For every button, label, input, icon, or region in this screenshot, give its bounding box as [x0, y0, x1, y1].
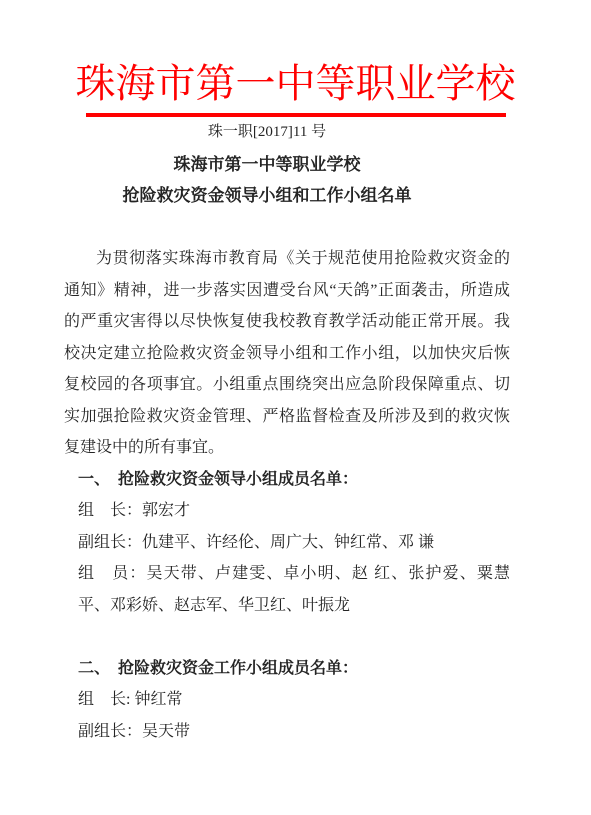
member-line: 副组长：仇建平、许经伦、周广大、钟红常、邓 谦 [78, 527, 510, 559]
section-lines: 组 长：郭宏才副组长：仇建平、许经伦、周广大、钟红常、邓 谦组 员：吴天带、卢建… [78, 495, 510, 621]
letterhead: 珠海市第一中等职业学校 [0, 64, 591, 117]
member-line: 组 长: 钟红常 [78, 684, 510, 716]
section-lines: 组 长: 钟红常副组长：吴天带 [78, 684, 510, 747]
member-line: 组 长：郭宏才 [78, 495, 510, 527]
document-content: 珠一职[2017]11 号 珠海市第一中等职业学校 抢险救灾资金领导小组和工作小… [0, 117, 591, 747]
member-line: 副组长：吴天带 [78, 716, 510, 748]
section-heading: 一、 抢险救灾资金领导小组成员名单： [78, 464, 510, 496]
member-section: 二、 抢险救灾资金工作小组成员名单： 组 长: 钟红常副组长：吴天带 [64, 653, 510, 748]
body-paragraph: 为贯彻落实珠海市教育局《关于规范使用抢险救灾资金的通知》精神，进一步落实因遭受台… [64, 243, 510, 464]
sections: 一、 抢险救灾资金领导小组成员名单： 组 长：郭宏才副组长：仇建平、许经伦、周广… [64, 464, 510, 748]
member-line: 组 员：吴天带、卢建雯、卓小明、赵 红、张护爱、粟慧平、邓彩娇、赵志军、华卫红、… [78, 558, 510, 621]
school-name-masthead: 珠海市第一中等职业学校 [0, 64, 591, 104]
section-heading: 二、 抢险救灾资金工作小组成员名单： [78, 653, 510, 685]
document-title-line2: 抢险救灾资金领导小组和工作小组名单 [44, 180, 490, 212]
document-page: 珠海市第一中等职业学校 珠一职[2017]11 号 珠海市第一中等职业学校 抢险… [0, 0, 591, 815]
document-title-line1: 珠海市第一中等职业学校 [44, 149, 490, 181]
member-section: 一、 抢险救灾资金领导小组成员名单： 组 长：郭宏才副组长：仇建平、许经伦、周广… [64, 464, 510, 622]
document-number: 珠一职[2017]11 号 [44, 117, 490, 149]
